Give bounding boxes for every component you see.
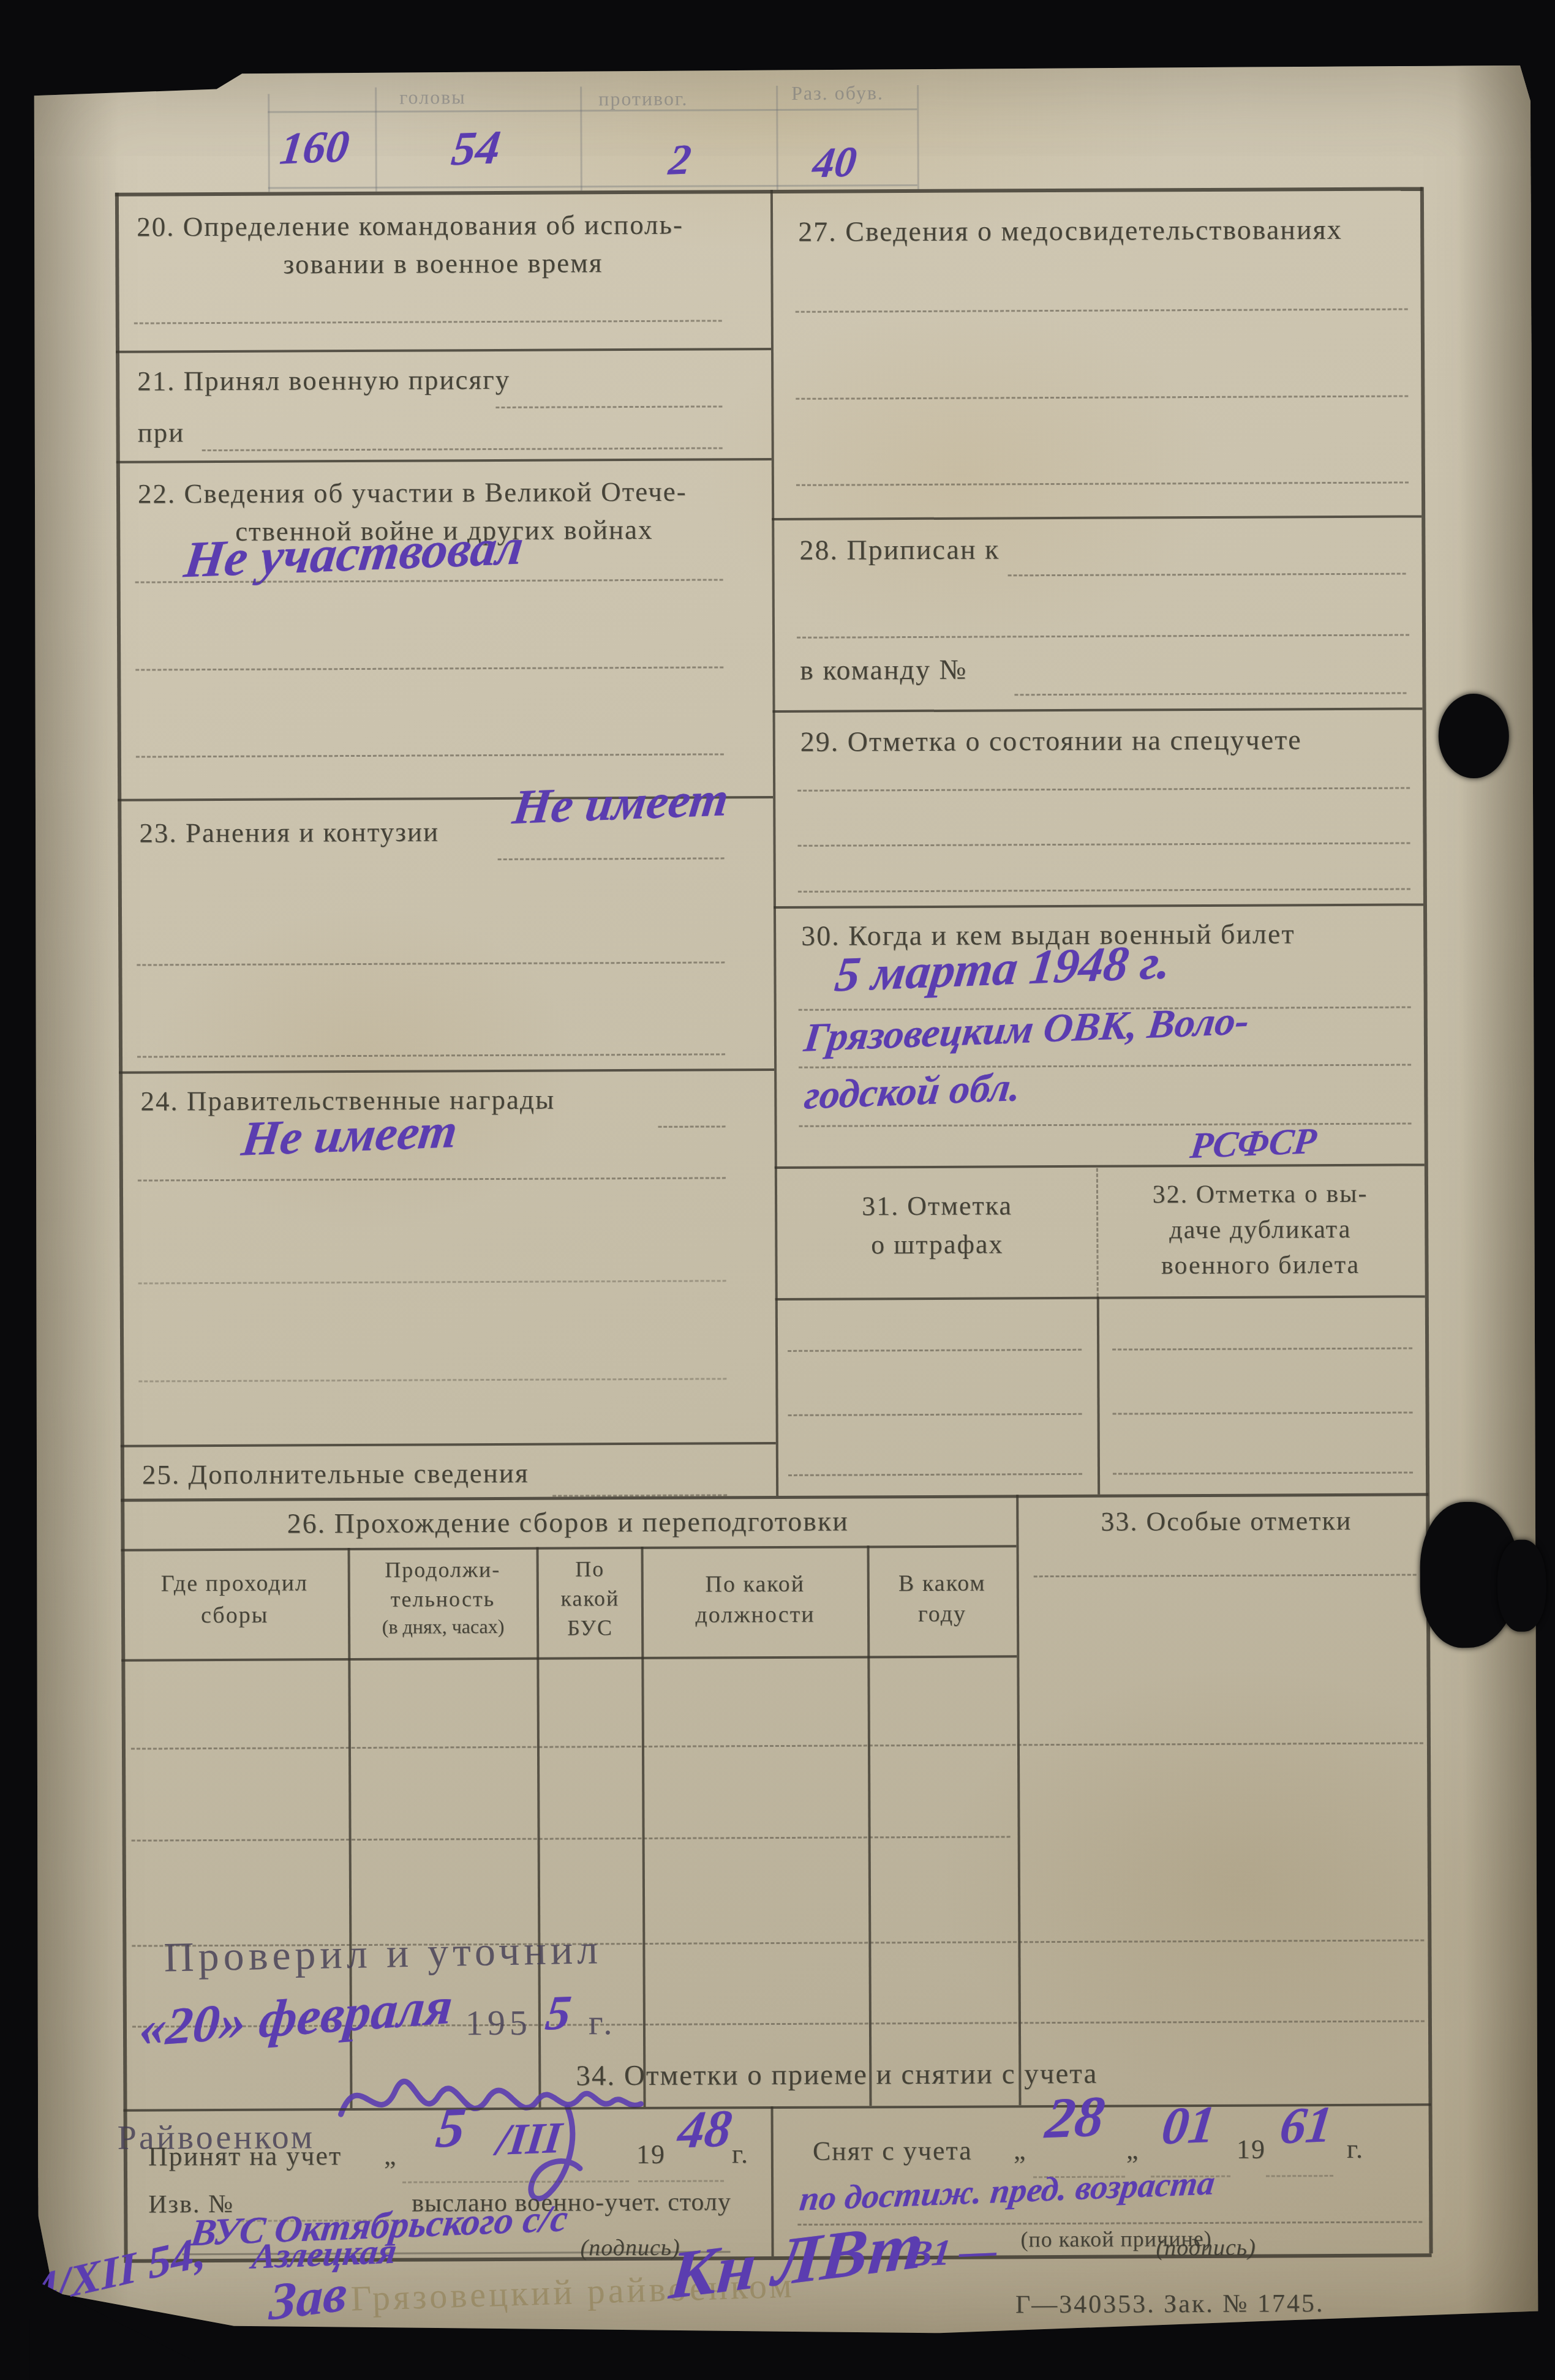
- table26-col4-header: По какой: [645, 1570, 865, 1598]
- table26-col3-header2: какой: [540, 1585, 641, 1612]
- size-value-boots: 40: [810, 138, 859, 189]
- field32-label-line2: даче дубликата: [1099, 1214, 1421, 1245]
- field28-team-label: в команду №: [800, 653, 967, 686]
- field20-label-line1: 20. Определение командования об исполь-: [137, 209, 683, 243]
- table26-col2-header3: (в днях, часах): [350, 1615, 537, 1639]
- table26-col3-header: По: [540, 1556, 641, 1582]
- field24-handwritten-value: Не имеет: [239, 1103, 461, 1168]
- quote-mark: „: [1014, 2134, 1027, 2166]
- sizes-col-head-hat: головы: [399, 86, 466, 108]
- field32-label-line3: военного билета: [1099, 1250, 1421, 1280]
- accepted-g: г.: [732, 2138, 749, 2169]
- left-podpis-label: (подпись): [580, 2234, 680, 2262]
- accepted-year-handwritten: 48: [675, 2097, 735, 2160]
- table26-col1-header2: сборы: [124, 1601, 345, 1629]
- field21-label: 21. Принял военную присягу: [137, 364, 510, 397]
- field20-label-line2: зовании в военное время: [167, 246, 718, 280]
- field33-label: 33. Особые отметки: [1030, 1504, 1422, 1537]
- right-podpis-label: (подпись): [1156, 2234, 1256, 2262]
- sizes-col-head-gasmask: противог.: [598, 88, 688, 111]
- removed-g: г.: [1347, 2133, 1364, 2164]
- table26-title: 26. Прохождение сборов и переподготовки: [154, 1504, 981, 1541]
- quote-mark: „: [384, 2140, 397, 2171]
- removed-label: Снят с учета: [813, 2135, 973, 2167]
- table26-col1-header: Где проходил: [124, 1569, 345, 1597]
- punch-hole-tear: [1497, 1540, 1547, 1632]
- margin-note-signature: Зав: [268, 2262, 348, 2333]
- field30-handwritten-issuer2: годской обл.: [802, 1064, 1023, 1119]
- verified-stamp-year: 195: [465, 2002, 532, 2043]
- size-value-hat: 54: [449, 119, 503, 176]
- table26-col4-header2: должности: [645, 1601, 865, 1629]
- table26-col3-header3: БУС: [540, 1615, 641, 1641]
- field23-label: 23. Ранения и контузии: [139, 816, 439, 849]
- table26-col5-header: В каком: [870, 1569, 1014, 1597]
- removed-year-handwritten: 61: [1277, 2095, 1336, 2156]
- accepted-month-handwritten: /III: [494, 2112, 564, 2166]
- field32-label-line1: 32. Отметка о вы-: [1099, 1179, 1421, 1209]
- field28-label: 28. Приписан к: [799, 533, 1000, 566]
- section34-title: 34. Отметки о приеме и снятии с учета: [347, 2056, 1327, 2093]
- field23-handwritten-value: Не имеет: [510, 771, 731, 836]
- accepted-label: Принят на учет: [148, 2140, 342, 2172]
- removed-year-prefix: 19: [1237, 2134, 1266, 2165]
- field30-handwritten-rsfsr: РСФСР: [1188, 1120, 1319, 1167]
- size-value-height: 160: [277, 121, 352, 175]
- scan-tilt-wrapper: головы противог. Раз. обув. 160 54 2 40 …: [0, 0, 1555, 2380]
- dotted-fill: [1266, 2175, 1333, 2177]
- verified-stamp-g: г.: [589, 2002, 617, 2043]
- accepted-year-prefix: 19: [636, 2139, 666, 2170]
- field27-label: 27. Сведения о медосвидетельствованиях: [798, 213, 1342, 248]
- removed-month-handwritten: 01: [1159, 2093, 1219, 2157]
- table26-col2-header: Продолжи-: [351, 1556, 535, 1583]
- field25-label: 25. Дополнительные сведения: [142, 1457, 529, 1491]
- table26-col5-header2: году: [870, 1600, 1014, 1627]
- verified-stamp-text: Проверил и уточнил: [164, 1925, 603, 1981]
- table26-col2-header2: тельность: [351, 1586, 535, 1612]
- rule-line: [658, 1125, 726, 1127]
- quote-mark2: „: [1126, 2134, 1140, 2165]
- field21-pri-label: при: [137, 416, 184, 448]
- punch-hole: [1438, 694, 1509, 779]
- field22-label-line1: 22. Сведения об участии в Великой Отече-: [138, 476, 687, 510]
- dotted-fill: [638, 2180, 724, 2182]
- scanned-military-card-back: головы противог. Раз. обув. 160 54 2 40 …: [0, 0, 1555, 2380]
- removed-day-handwritten: 28: [1042, 2083, 1108, 2152]
- field31-label-line2: о штрафах: [787, 1228, 1087, 1261]
- sizes-col-head-boots: Раз. обув.: [791, 81, 884, 105]
- field31-label-line1: 31. Отметка: [787, 1190, 1087, 1222]
- print-imprint: Г—340353. Зак. № 1745.: [1015, 2289, 1325, 2319]
- field29-label: 29. Отметка о состоянии на спецучете: [800, 723, 1302, 758]
